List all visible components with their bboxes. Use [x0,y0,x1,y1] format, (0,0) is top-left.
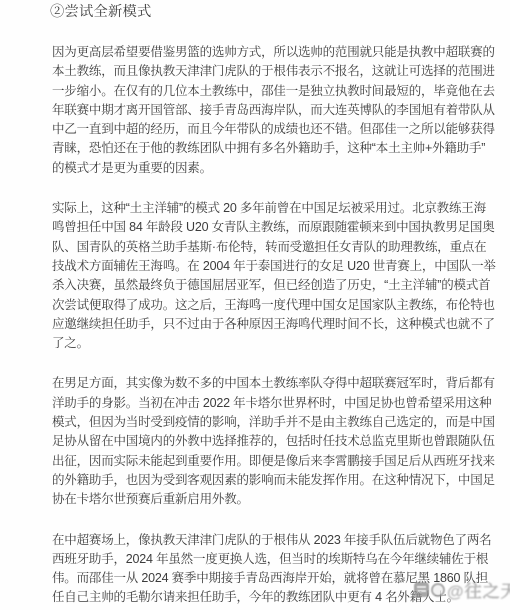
paragraph: 实际上，这种“土主洋辅”的模式 20 多年前曾在中国足坛被采用过。北京教练王海鸣… [52,199,510,353]
text-line: 足协从留在中国境内的外教中选择推荐的，包括时任技术总监克里斯也曾跟随队伍 [52,432,510,451]
text-line: 西班牙助手，2024 年虽然一度更换人选，但当时的埃斯特乌在今年继续辅佐于根 [52,550,510,569]
paragraph: 在中超赛场上，像执教天津津门虎队的于根伟从 2023 年接手队伍后就物色了两名西… [52,531,510,608]
text-line: 的外籍助手，也因为受到客观因素的影响而未能发挥作用。在这种情况下，中国足 [52,471,510,490]
article-section-title: ②尝试全新模式 [50,2,510,22]
text-line: 出征，因而实际未能起到重要作用。即便是像后来李霄鹏接手国足后从西班牙找来 [52,452,510,471]
text-line: 鸣曾担任中国 84 年龄段 U20 女青队主教练，而原跟随霍顿来到中国执教男足国… [52,218,510,237]
text-line: 任自己主帅的毛勒尔请来担任助手，今年的教练团队中更有 4 名外籍人士。 [52,588,510,607]
text-line: 在男足方面，其实像为数不多的中国本土教练率队夺得中超联赛冠军时，背后都有 [52,374,510,393]
text-line: 了之。 [52,334,510,353]
paragraph: 因为更高层希望要借鉴男篮的选帅方式，所以选帅的范围就只能是执教中超联赛的本土教练… [52,43,510,178]
text-line: 应邀继续担任助手，只不过由于各种原因王海鸣代理时间不长，这种模式也就不了 [52,315,510,334]
text-line: 队、国青队的英格兰助手基斯·布伦特，转而受邀担任女青队的助理教练，重点在 [52,238,510,257]
text-line: 青睐，恐怕还在于他的教练团队中拥有多名外籍助手，这种“本土主帅+外籍助手” [52,139,510,158]
text-line: 一步缩小。在仅有的几位本土教练中，邵佳一是独立执教时间最短的，毕竟他在去 [52,82,510,101]
text-line: 技战术方面辅佐王海鸣。在 2004 年于泰国进行的女足 U20 世青赛上，中国队… [52,257,510,276]
text-line: 伟。而邵佳一从 2024 赛季中期接手青岛西海岸开始，就将曾在慕尼黑 1860 … [52,569,510,588]
text-line: 本土教练，而且像执教天津津门虎队的于根伟表示不报名，这就让可选择的范围进 [52,62,510,81]
article-body: 因为更高层希望要借鉴男篮的选帅方式，所以选帅的范围就只能是执教中超联赛的本土教练… [52,43,510,608]
text-line: 实际上，这种“土主洋辅”的模式 20 多年前曾在中国足坛被采用过。北京教练王海 [52,199,510,218]
text-line: 洋助手的身影。当初在冲击 2022 年卡塔尔世界杯时，中国足协也曾希望采用这种 [52,394,510,413]
article-page: ②尝试全新模式 因为更高层希望要借鉴男篮的选帅方式，所以选帅的范围就只能是执教中… [0,2,510,610]
paragraph: 在男足方面，其实像为数不多的中国本土教练率队夺得中超联赛冠军时，背后都有洋助手的… [52,374,510,509]
text-line: 中乙一直到中超的经历，而且今年带队的成绩也还不错。但邵佳一之所以能够获得 [52,120,510,139]
text-line: 协在卡塔尔世预赛后重新启用外教。 [52,490,510,509]
text-line: 的模式才是更为重要的因素。 [52,159,510,178]
text-line: 年联赛中期才离开国管部、接手青岛西海岸队，而大连英博队的李国旭有着带队从 [52,101,510,120]
text-line: 在中超赛场上，像执教天津津门虎队的于根伟从 2023 年接手队伍后就物色了两名 [52,531,510,550]
text-line: 因为更高层希望要借鉴男篮的选帅方式，所以选帅的范围就只能是执教中超联赛的 [52,43,510,62]
text-line: 模式，但因为当时受到疫情的影响，洋助手并不是由主教练自己选定的，而是中国 [52,413,510,432]
text-line: 次尝试便取得了成功。这之后，王海鸣一度代理中国女足国家队主教练，布伦特也 [52,296,510,315]
text-line: 杀入决赛，虽然最终负于德国屈居亚军，但已经创造了历史，“土主洋辅”的模式首 [52,276,510,295]
